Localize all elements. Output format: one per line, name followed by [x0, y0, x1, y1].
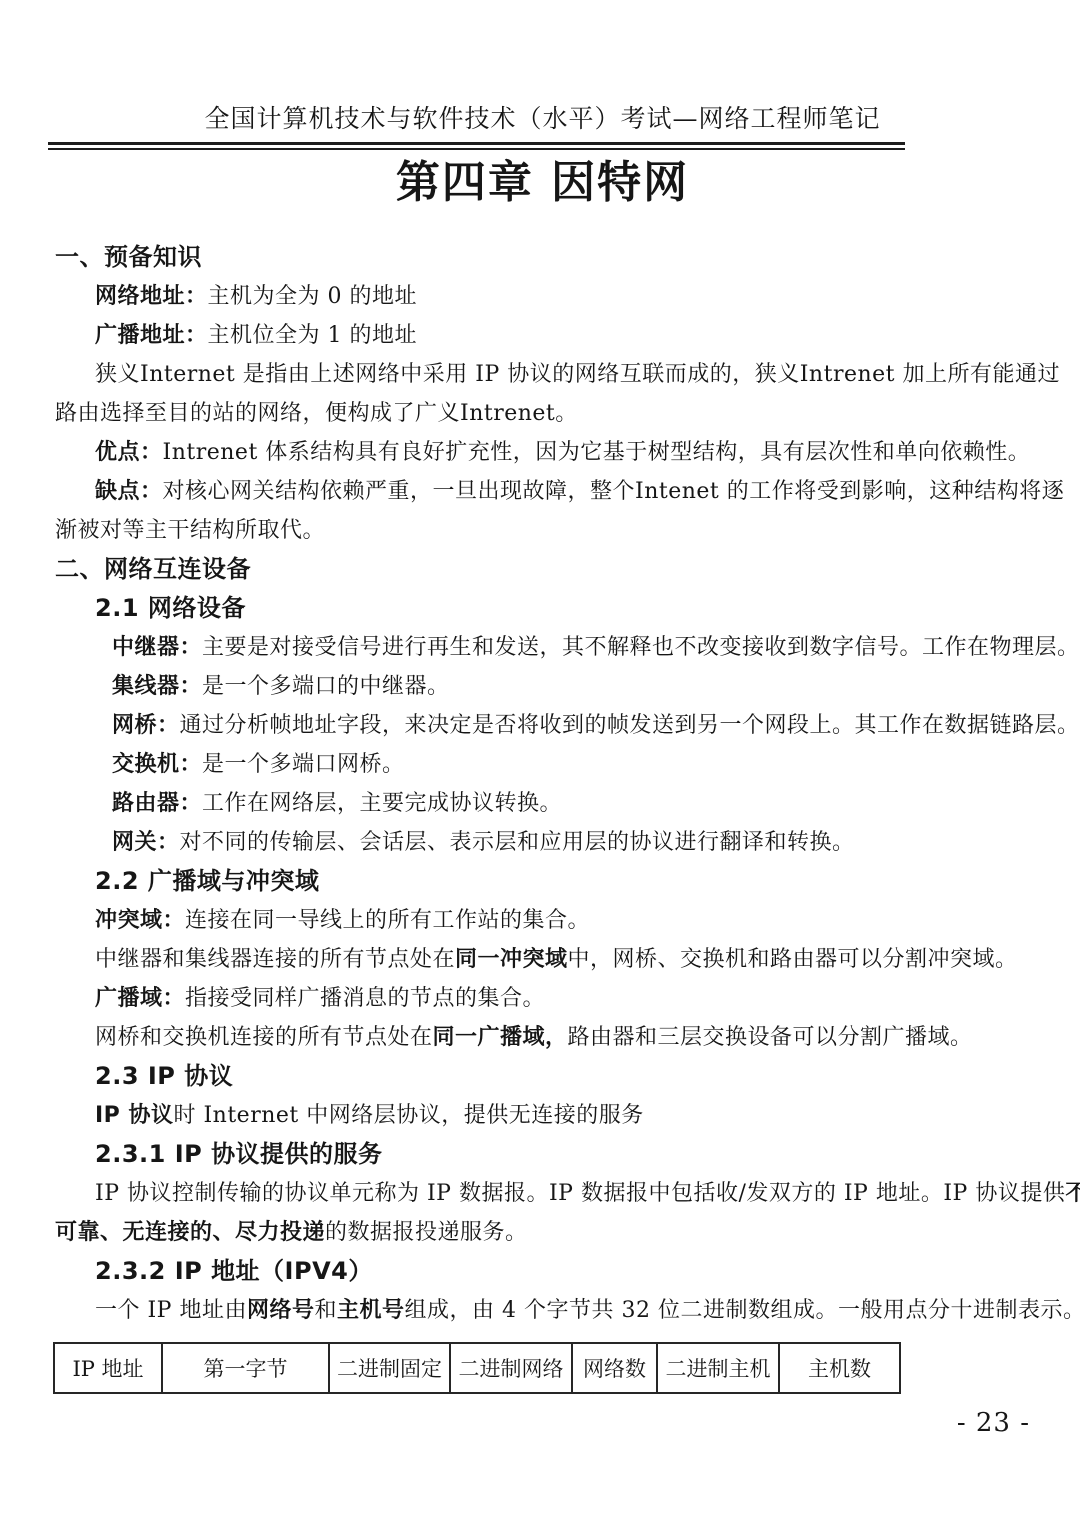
- regular-text-segment: 渐被对等主干结构所取代。: [55, 518, 325, 543]
- bold-text-segment: 广播地址：: [95, 323, 208, 348]
- subsection-2-1-heading: 2.1 网络设备: [55, 589, 1030, 628]
- regular-text-segment: 主机为全为 0 的地址: [208, 284, 417, 309]
- regular-text-segment: 对核心网关结构依赖严重，一旦出现故障，整个Intenet 的工作将受到影响，这种…: [163, 479, 1065, 504]
- bold-text-segment: 同一冲突域: [455, 947, 568, 972]
- bold-text-segment: 网桥：: [112, 713, 180, 738]
- subsection-2-3-2-heading: 2.3.2 IP 地址（IPV4）: [55, 1252, 1030, 1291]
- regular-text-segment: 工作在网络层，主要完成协议转换。: [202, 791, 562, 816]
- col-header-binary-host: 二进制主机: [657, 1343, 779, 1393]
- page-number: - 23 -: [55, 1408, 1030, 1438]
- regular-text-segment: 的数据报投递服务。: [325, 1220, 528, 1245]
- regular-text-segment: 和: [315, 1298, 338, 1323]
- col-header-host-count: 主机数: [779, 1343, 900, 1393]
- broadcast-domain-line: 广播域：指接受同样广播消息的节点的集合。: [55, 979, 1030, 1018]
- regular-text-segment: 是一个多端口的中继器。: [202, 674, 450, 699]
- bold-text-segment: 一、预备知识: [55, 243, 202, 271]
- subsection-2-3-1-heading: 2.3.1 IP 协议提供的服务: [55, 1135, 1030, 1174]
- ip-protocol-line: IP 协议时 Internet 中网络层协议，提供无连接的服务: [55, 1096, 1030, 1135]
- bold-text-segment: 2.3 IP 协议: [95, 1062, 233, 1090]
- router-line: 路由器：工作在网络层，主要完成协议转换。: [55, 784, 1030, 823]
- regular-text-segment: 时 Internet 中网络层协议，提供无连接的服务: [173, 1103, 643, 1128]
- regular-text-segment: 组成，由 4 个字节共 32 位二进制数组成。一般用点分十进制表示。: [405, 1298, 1080, 1323]
- section-1-heading: 一、预备知识: [55, 238, 1030, 277]
- ip-address-class-table: IP 地址 第一字节 二进制固定 二进制网络 网络数 二进制主机 主机数: [53, 1342, 901, 1394]
- regular-text-segment: 对不同的传输层、会话层、表示层和应用层的协议进行翻译和转换。: [180, 830, 855, 855]
- bold-text-segment: 网络号: [247, 1298, 315, 1323]
- ip-service-line-2: 可靠、无连接的、尽力投递的数据报投递服务。: [55, 1213, 1030, 1252]
- document-header: 全国计算机技术与软件技术（水平）考试—网络工程师笔记: [55, 100, 1030, 138]
- bold-text-segment: IP 协议: [95, 1103, 173, 1128]
- regular-text-segment: 主机位全为 1 的地址: [208, 323, 417, 348]
- bold-text-segment: 2.1 网络设备: [95, 594, 246, 622]
- disadvantage-line-1: 缺点：对核心网关结构依赖严重，一旦出现故障，整个Intenet 的工作将受到影响…: [55, 472, 1030, 511]
- collision-domain-note-line: 中继器和集线器连接的所有节点处在同一冲突域中，网桥、交换机和路由器可以分割冲突域…: [55, 940, 1030, 979]
- bold-text-segment: 中继器：: [112, 635, 202, 660]
- col-header-binary-network: 二进制网络: [450, 1343, 572, 1393]
- advantage-line: 优点：Intrenet 体系结构具有良好扩充性，因为它基于树型结构，具有层次性和…: [55, 433, 1030, 472]
- bold-text-segment: 2.2 广播域与冲突域: [95, 867, 319, 895]
- subsection-2-2-heading: 2.2 广播域与冲突域: [55, 862, 1030, 901]
- bold-text-segment: 2.3.2 IP 地址（IPV4）: [95, 1257, 373, 1285]
- regular-text-segment: 一个 IP 地址由: [95, 1298, 247, 1323]
- bold-text-segment: 集线器：: [112, 674, 202, 699]
- bridge-line: 网桥：通过分析帧地址字段，来决定是否将收到的帧发送到另一个网段上。其工作在数据链…: [55, 706, 1030, 745]
- regular-text-segment: 路由选择至目的站的网络，便构成了广义Intrenet。: [55, 401, 578, 426]
- subsection-2-3-heading: 2.3 IP 协议: [55, 1057, 1030, 1096]
- bold-text-segment: 网络地址：: [95, 284, 208, 309]
- regular-text-segment: IP 协议控制传输的协议单元称为 IP 数据报。IP 数据报中包括收/发双方的 …: [95, 1181, 1065, 1206]
- col-header-binary-fixed: 二进制固定: [329, 1343, 450, 1393]
- col-header-first-byte: 第一字节: [162, 1343, 329, 1393]
- bold-text-segment: 缺点：: [95, 479, 163, 504]
- bold-text-segment: 主机号: [337, 1298, 405, 1323]
- regular-text-segment: 通过分析帧地址字段，来决定是否将收到的帧发送到另一个网段上。其工作在数据链路层。: [180, 713, 1080, 738]
- regular-text-segment: 网桥和交换机连接的所有节点处在: [95, 1025, 433, 1050]
- broadcast-address-line: 广播地址：主机位全为 1 的地址: [55, 316, 1030, 355]
- hub-line: 集线器：是一个多端口的中继器。: [55, 667, 1030, 706]
- header-double-rule: [48, 142, 905, 150]
- bold-text-segment: 交换机：: [112, 752, 202, 777]
- bold-text-segment: 广播域：: [95, 986, 185, 1011]
- ip-service-line-1: IP 协议控制传输的协议单元称为 IP 数据报。IP 数据报中包括收/发双方的 …: [55, 1174, 1030, 1213]
- internet-paragraph-line-2: 路由选择至目的站的网络，便构成了广义Intrenet。: [55, 394, 1030, 433]
- disadvantage-line-2: 渐被对等主干结构所取代。: [55, 511, 1030, 550]
- ip-address-intro-line: 一个 IP 地址由网络号和主机号组成，由 4 个字节共 32 位二进制数组成。一…: [55, 1291, 1030, 1330]
- col-header-ip-address: IP 地址: [54, 1343, 162, 1393]
- broadcast-domain-note-line: 网桥和交换机连接的所有节点处在同一广播域，路由器和三层交换设备可以分割广播域。: [55, 1018, 1030, 1057]
- collision-domain-line: 冲突域：连接在同一导线上的所有工作站的集合。: [55, 901, 1030, 940]
- regular-text-segment: 是一个多端口网桥。: [202, 752, 405, 777]
- bold-text-segment: 路由器：: [112, 791, 202, 816]
- chapter-title: 第四章 因特网: [55, 154, 1030, 212]
- internet-paragraph-line-1: 狭义Internet 是指由上述网络中采用 IP 协议的网络互联而成的，狭义In…: [55, 355, 1030, 394]
- bold-text-segment: 可靠、无连接的、尽力投递: [55, 1220, 325, 1245]
- switch-line: 交换机：是一个多端口网桥。: [55, 745, 1030, 784]
- regular-text-segment: 指接受同样广播消息的节点的集合。: [185, 986, 545, 1011]
- bold-text-segment: 优点：: [95, 440, 163, 465]
- table-header-row: IP 地址 第一字节 二进制固定 二进制网络 网络数 二进制主机 主机数: [54, 1343, 900, 1393]
- repeater-line: 中继器：主要是对接受信号进行再生和发送，其不解释也不改变接收到数字信号。工作在物…: [55, 628, 1030, 667]
- bold-text-segment: 不: [1065, 1181, 1080, 1206]
- regular-text-segment: Intrenet 体系结构具有良好扩充性，因为它基于树型结构，具有层次性和单向依…: [163, 440, 1031, 465]
- regular-text-segment: 中，网桥、交换机和路由器可以分割冲突域。: [568, 947, 1018, 972]
- bold-text-segment: 2.3.1 IP 协议提供的服务: [95, 1140, 383, 1168]
- regular-text-segment: 连接在同一导线上的所有工作站的集合。: [185, 908, 590, 933]
- bold-text-segment: 冲突域：: [95, 908, 185, 933]
- section-2-heading: 二、网络互连设备: [55, 550, 1030, 589]
- gateway-line: 网关：对不同的传输层、会话层、表示层和应用层的协议进行翻译和转换。: [55, 823, 1030, 862]
- col-header-network-count: 网络数: [572, 1343, 657, 1393]
- regular-text-segment: 主要是对接受信号进行再生和发送，其不解释也不改变接收到数字信号。工作在物理层。: [202, 635, 1080, 660]
- regular-text-segment: 狭义Internet 是指由上述网络中采用 IP 协议的网络互联而成的，狭义In…: [95, 362, 1060, 387]
- regular-text-segment: 中继器和集线器连接的所有节点处在: [95, 947, 455, 972]
- bold-text-segment: 二、网络互连设备: [55, 555, 251, 583]
- body-lines: 一、预备知识网络地址：主机为全为 0 的地址广播地址：主机位全为 1 的地址狭义…: [55, 238, 1030, 1330]
- document-page: 全国计算机技术与软件技术（水平）考试—网络工程师笔记 第四章 因特网 一、预备知…: [0, 0, 1080, 1526]
- network-address-line: 网络地址：主机为全为 0 的地址: [55, 277, 1030, 316]
- bold-text-segment: 同一广播域，: [433, 1025, 568, 1050]
- bold-text-segment: 网关：: [112, 830, 180, 855]
- regular-text-segment: 路由器和三层交换设备可以分割广播域。: [568, 1025, 973, 1050]
